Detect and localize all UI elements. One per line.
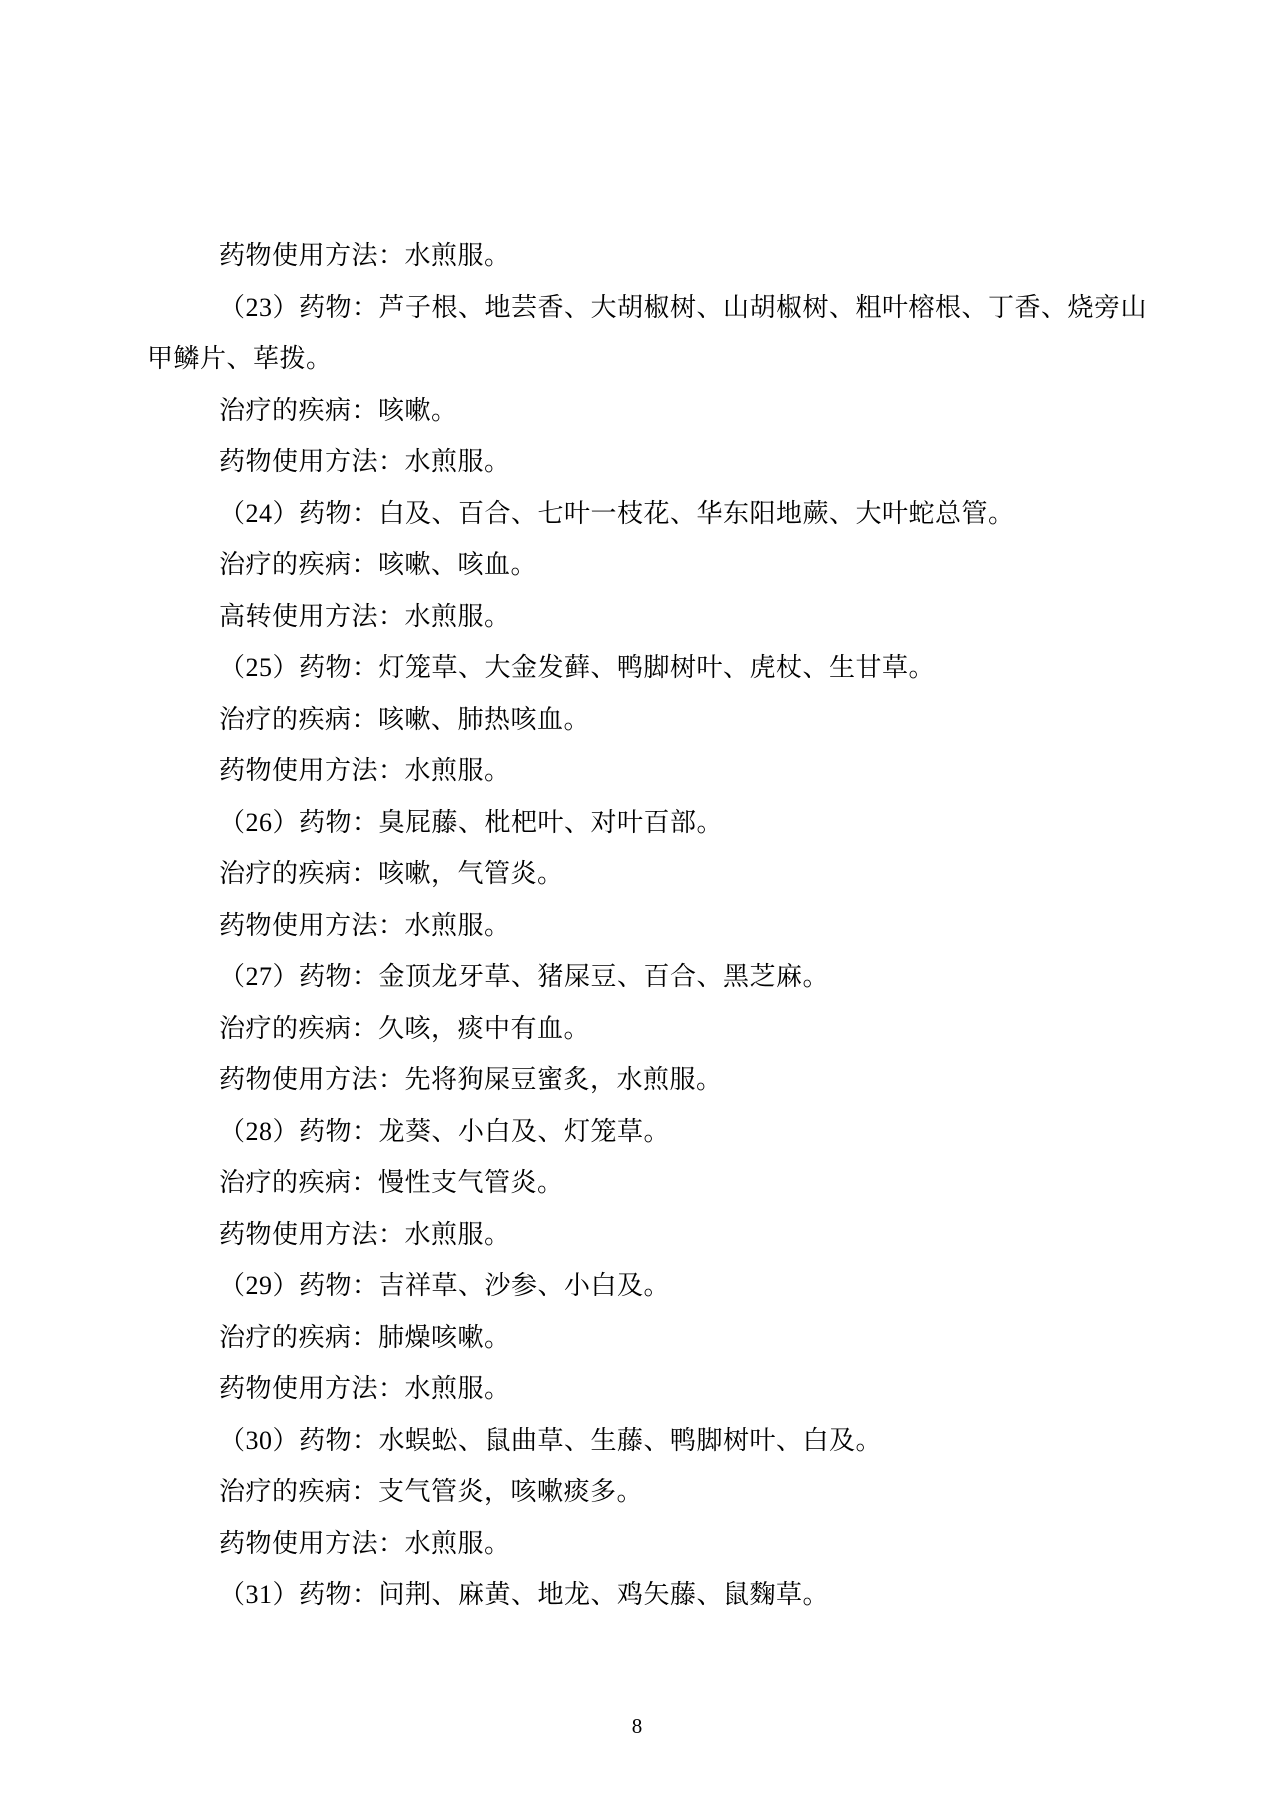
text-line: 药物使用方法：水煎服。 [147, 900, 1129, 952]
text-line: （23）药物：芦子根、地芸香、大胡椒树、山胡椒树、粗叶榕根、丁香、烧旁山 [147, 282, 1129, 334]
text-line: 药物使用方法：水煎服。 [147, 230, 1129, 282]
text-line: 药物使用方法：水煎服。 [147, 1363, 1129, 1415]
text-line: （28）药物：龙葵、小白及、灯笼草。 [147, 1106, 1129, 1158]
text-line: （30）药物：水蜈蚣、鼠曲草、生藤、鸭脚树叶、白及。 [147, 1415, 1129, 1467]
text-line: 治疗的疾病：咳嗽。 [147, 385, 1129, 437]
text-line: （26）药物：臭屁藤、枇杷叶、对叶百部。 [147, 797, 1129, 849]
text-line: 药物使用方法：先将狗屎豆蜜炙，水煎服。 [147, 1054, 1129, 1106]
document-body: 药物使用方法：水煎服。（23）药物：芦子根、地芸香、大胡椒树、山胡椒树、粗叶榕根… [147, 230, 1129, 1621]
text-line: 甲鳞片、荜拨。 [147, 333, 1129, 385]
text-line: 药物使用方法：水煎服。 [147, 436, 1129, 488]
text-line: （25）药物：灯笼草、大金发藓、鸭脚树叶、虎杖、生甘草。 [147, 642, 1129, 694]
text-line: 高转使用方法：水煎服。 [147, 591, 1129, 643]
document-page: 药物使用方法：水煎服。（23）药物：芦子根、地芸香、大胡椒树、山胡椒树、粗叶榕根… [0, 0, 1274, 1801]
page-number: 8 [0, 1713, 1274, 1739]
text-line: 药物使用方法：水煎服。 [147, 1518, 1129, 1570]
text-line: 药物使用方法：水煎服。 [147, 745, 1129, 797]
text-line: 治疗的疾病：慢性支气管炎。 [147, 1157, 1129, 1209]
text-line: （24）药物：白及、百合、七叶一枝花、华东阳地蕨、大叶蛇总管。 [147, 488, 1129, 540]
text-line: 治疗的疾病：肺燥咳嗽。 [147, 1312, 1129, 1364]
text-line: 治疗的疾病：咳嗽，气管炎。 [147, 848, 1129, 900]
text-line: 药物使用方法：水煎服。 [147, 1209, 1129, 1261]
text-line: 治疗的疾病：咳嗽、咳血。 [147, 539, 1129, 591]
text-line: 治疗的疾病：支气管炎，咳嗽痰多。 [147, 1466, 1129, 1518]
text-line: 治疗的疾病：久咳，痰中有血。 [147, 1003, 1129, 1055]
text-line: （27）药物：金顶龙牙草、猪屎豆、百合、黑芝麻。 [147, 951, 1129, 1003]
text-line: 治疗的疾病：咳嗽、肺热咳血。 [147, 694, 1129, 746]
text-line: （29）药物：吉祥草、沙参、小白及。 [147, 1260, 1129, 1312]
text-line: （31）药物：问荆、麻黄、地龙、鸡矢藤、鼠麴草。 [147, 1569, 1129, 1621]
